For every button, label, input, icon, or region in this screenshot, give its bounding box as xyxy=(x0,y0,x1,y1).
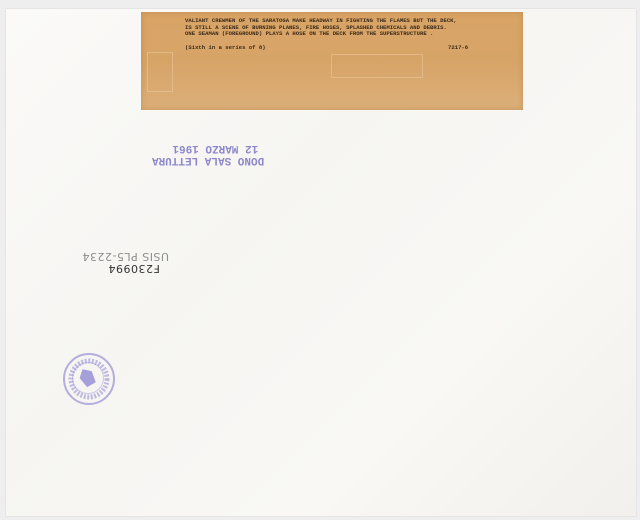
library-stamp-line1: DONO SALA LETTURA xyxy=(152,154,264,166)
round-stamp xyxy=(63,353,115,405)
caption-label: VALIANT CREWMEN OF THE SARATOGA MAKE HEA… xyxy=(141,12,523,110)
caption-series-note: (Sixth in a series of 8) xyxy=(185,44,266,51)
caption-text: VALIANT CREWMEN OF THE SARATOGA MAKE HEA… xyxy=(185,18,515,38)
caption-line: ONE SEAMAN (FOREGROUND) PLAYS A HOSE ON … xyxy=(185,31,515,38)
library-stamp-line2: 12 MARZO 1961 xyxy=(152,142,264,154)
ghost-print xyxy=(147,52,173,92)
caption-photo-number: 7217-6 xyxy=(448,44,468,51)
library-stamp: DONO SALA LETTURA 12 MARZO 1961 xyxy=(152,142,264,166)
ghost-print xyxy=(331,54,423,78)
handwritten-ink-number: F230994 xyxy=(108,262,160,275)
